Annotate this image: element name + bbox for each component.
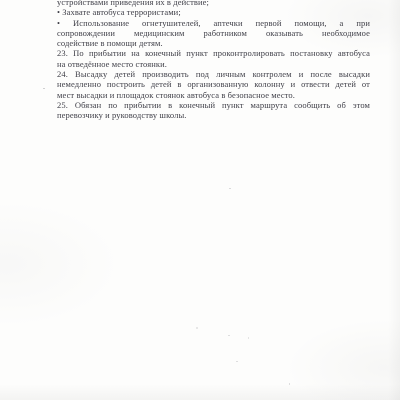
paragraph-clipped-top-line: устройствами приведения их в действие; <box>57 0 370 7</box>
text-line: немедленно построить детей в организован… <box>57 79 370 89</box>
scanned-document-page: устройствами приведения их в действие;• … <box>0 0 400 400</box>
scan-speckle <box>196 327 198 329</box>
paragraph-numbered-item-25: 25. Обязан по прибытии в конечный пункт … <box>57 100 370 121</box>
text-line: 23. По прибытии на конечный пункт прокон… <box>57 48 370 58</box>
scan-speckle <box>236 361 238 362</box>
scan-speckle <box>248 337 249 339</box>
text-line: перевозчику и руководству школы. <box>57 110 370 120</box>
text-line: на отведённое место стоянки. <box>57 59 370 69</box>
paragraph-numbered-item-24: 24. Высадку детей производить под личным… <box>57 69 370 100</box>
document-text-block: устройствами приведения их в действие;• … <box>57 0 370 121</box>
paragraph-bullet-item: • Использование огнетушителей, аптечки п… <box>57 18 370 49</box>
text-line: • Захвате автобуса террористами; <box>57 7 370 17</box>
paragraph-bullet-item: • Захвате автобуса террористами; <box>57 7 370 17</box>
text-line: мест высадки и площадок стоянок автобуса… <box>57 90 370 100</box>
text-line: сопровождении медицинским работником ока… <box>57 28 370 38</box>
text-line: содействие в помощи детям. <box>57 38 370 48</box>
text-line: • Использование огнетушителей, аптечки п… <box>57 18 370 28</box>
scan-speckle <box>43 88 45 89</box>
text-line: устройствами приведения их в действие; <box>57 0 370 7</box>
scan-speckle <box>229 188 231 189</box>
scan-speckle <box>289 383 290 385</box>
scan-speckle <box>228 335 230 336</box>
text-line: 24. Высадку детей производить под личным… <box>57 69 370 79</box>
text-line: 25. Обязан по прибытии в конечный пункт … <box>57 100 370 110</box>
paragraph-numbered-item-23: 23. По прибытии на конечный пункт прокон… <box>57 48 370 69</box>
